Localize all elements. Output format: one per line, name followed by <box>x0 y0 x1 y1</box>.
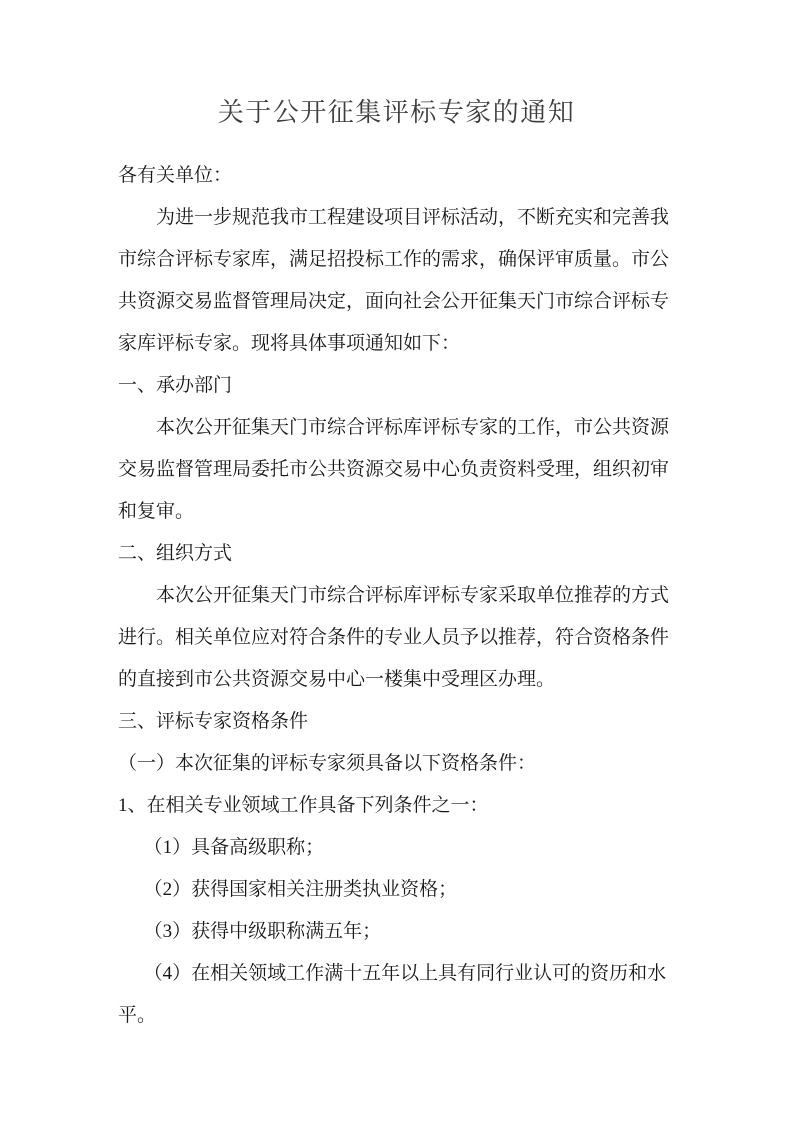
intro-paragraph: 为进一步规范我市工程建设项目评标活动，不断充实和完善我市综合评标专家库，满足招投… <box>118 197 675 365</box>
section-1-body: 本次公开征集天门市综合评标库评标专家的工作，市公共资源交易监督管理局委托市公共资… <box>118 407 675 533</box>
list-item-2: （2）获得国家相关注册类执业资格； <box>118 869 675 911</box>
section-3-list-intro: 1、在相关专业领域工作具备下列条件之一： <box>118 785 675 827</box>
document-content: 关于公开征集评标专家的通知 各有关单位： 为进一步规范我市工程建设项目评标活动，… <box>118 0 675 1037</box>
document-body: 各有关单位： 为进一步规范我市工程建设项目评标活动，不断充实和完善我市综合评标专… <box>118 155 675 1037</box>
list-item-1: （1）具备高级职称； <box>118 827 675 869</box>
list-item-3: （3）获得中级职称满五年； <box>118 911 675 953</box>
document-title: 关于公开征集评标专家的通知 <box>118 95 675 131</box>
section-3-heading: 三、评标专家资格条件 <box>118 701 675 743</box>
section-2-heading: 二、组织方式 <box>118 533 675 575</box>
document-page: 关于公开征集评标专家的通知 各有关单位： 为进一步规范我市工程建设项目评标活动，… <box>0 0 794 1123</box>
section-1-heading: 一、承办部门 <box>118 365 675 407</box>
section-3-clause-1: （一）本次征集的评标专家须具备以下资格条件： <box>118 743 675 785</box>
section-2-body: 本次公开征集天门市综合评标库评标专家采取单位推荐的方式进行。相关单位应对符合条件… <box>118 575 675 701</box>
list-item-4: （4）在相关领域工作满十五年以上具有同行业认可的资历和水平。 <box>118 953 675 1037</box>
salutation: 各有关单位： <box>118 155 675 197</box>
